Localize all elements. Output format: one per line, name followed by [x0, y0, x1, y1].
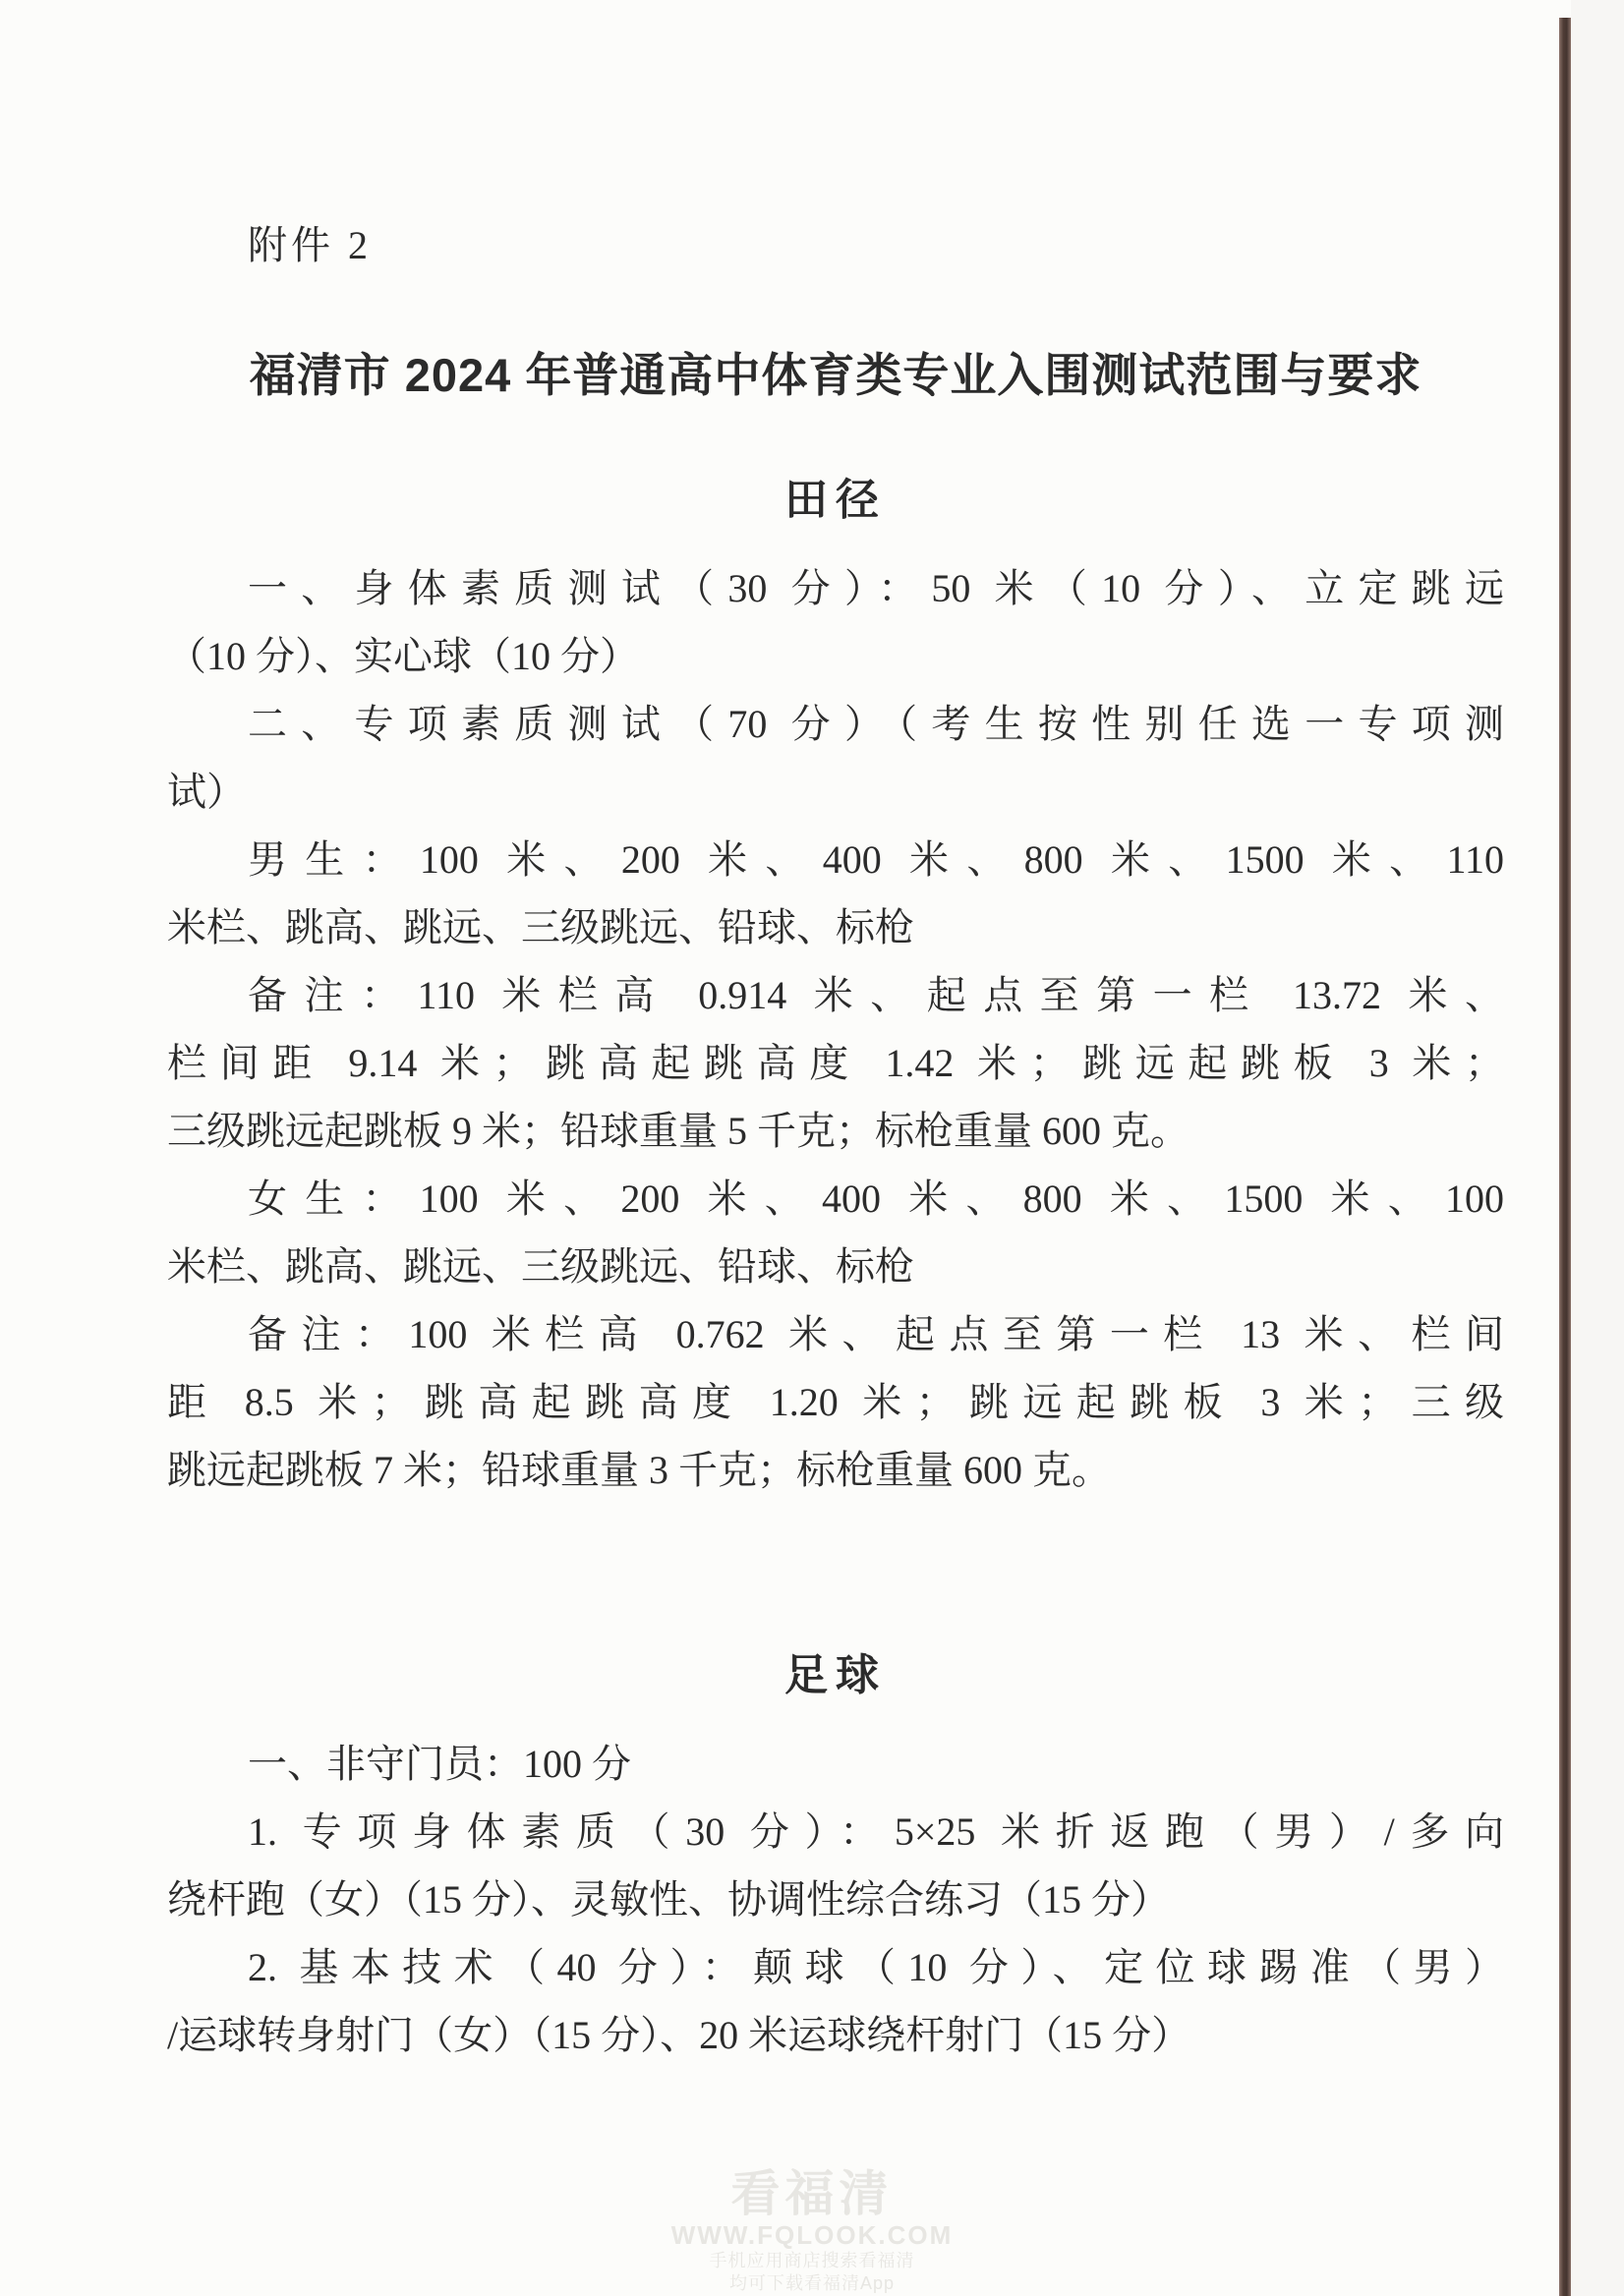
text-line: 备注：110 米栏高 0.914 米、起点至第一栏 13.72 米、: [167, 961, 1504, 1029]
watermark-logo: 看福清: [0, 2168, 1624, 2219]
watermark-note-1: 手机应用商店搜索看福清: [0, 2250, 1624, 2272]
text-line: 试）: [167, 758, 1504, 826]
text-line: 米栏、跳高、跳远、三级跳远、铅球、标枪: [167, 893, 1504, 961]
page-edge-line: [1559, 18, 1571, 2296]
attachment-label: 附件 2: [248, 214, 1504, 270]
document-content: 附件 2 福清市 2024 年普通高中体育类专业入围测试范围与要求 田径 一、身…: [167, 0, 1504, 2069]
document-page: 附件 2 福清市 2024 年普通高中体育类专业入围测试范围与要求 田径 一、身…: [0, 0, 1624, 2296]
text-line: 一、非守门员：100 分: [167, 1730, 1504, 1798]
document-title: 福清市 2024 年普通高中体育类专业入围测试范围与要求: [167, 339, 1504, 405]
watermark: 看福清 WWW.FQLOOK.COM 手机应用商店搜索看福清 均可下载看福清Ap…: [0, 2168, 1624, 2295]
text-line: 三级跳远起跳板 9 米；铅球重量 5 千克；标枪重量 600 克。: [167, 1097, 1504, 1165]
text-line: 1. 专项身体素质（30 分）：5×25 米折返跑（男）/多向: [167, 1798, 1504, 1865]
text-line: 距 8.5 米；跳高起跳高度 1.20 米；跳远起跳板 3 米；三级: [167, 1368, 1504, 1436]
section-athletics-body: 一、身体素质测试（30 分）：50 米（10 分）、立定跳远 （10 分）、实心…: [167, 554, 1504, 1504]
watermark-url: WWW.FQLOOK.COM: [0, 2220, 1624, 2250]
text-line: 栏间距 9.14 米；跳高起跳高度 1.42 米；跳远起跳板 3 米；: [167, 1029, 1504, 1097]
text-line: 绕杆跑（女）（15 分）、灵敏性、协调性综合练习（15 分）: [167, 1865, 1504, 1933]
section-football-body: 一、非守门员：100 分 1. 专项身体素质（30 分）：5×25 米折返跑（男…: [167, 1730, 1504, 2069]
scan-edge-paper: [1571, 0, 1624, 2296]
text-line: （10 分）、实心球（10 分）: [167, 622, 1504, 690]
section-heading-athletics: 田径: [167, 464, 1504, 527]
text-line: 一、身体素质测试（30 分）：50 米（10 分）、立定跳远: [167, 554, 1504, 622]
text-line: /运球转身射门（女）（15 分）、20 米运球绕杆射门（15 分）: [167, 2001, 1504, 2069]
watermark-note-2: 均可下载看福清App: [0, 2272, 1624, 2295]
text-line: 2. 基本技术（40 分）：颠球（10 分）、定位球踢准（男）: [167, 1933, 1504, 2001]
text-line: 女生：100 米、200 米、400 米、800 米、1500 米、100: [167, 1165, 1504, 1233]
text-line: 二、专项素质测试（70 分）（考生按性别任选一专项测: [167, 690, 1504, 758]
section-heading-football: 足球: [167, 1639, 1504, 1702]
text-line: 备注：100 米栏高 0.762 米、起点至第一栏 13 米、栏间: [167, 1300, 1504, 1368]
text-line: 男生：100 米、200 米、400 米、800 米、1500 米、110: [167, 826, 1504, 893]
text-line: 米栏、跳高、跳远、三级跳远、铅球、标枪: [167, 1233, 1504, 1300]
text-line: 跳远起跳板 7 米；铅球重量 3 千克；标枪重量 600 克。: [167, 1436, 1504, 1504]
